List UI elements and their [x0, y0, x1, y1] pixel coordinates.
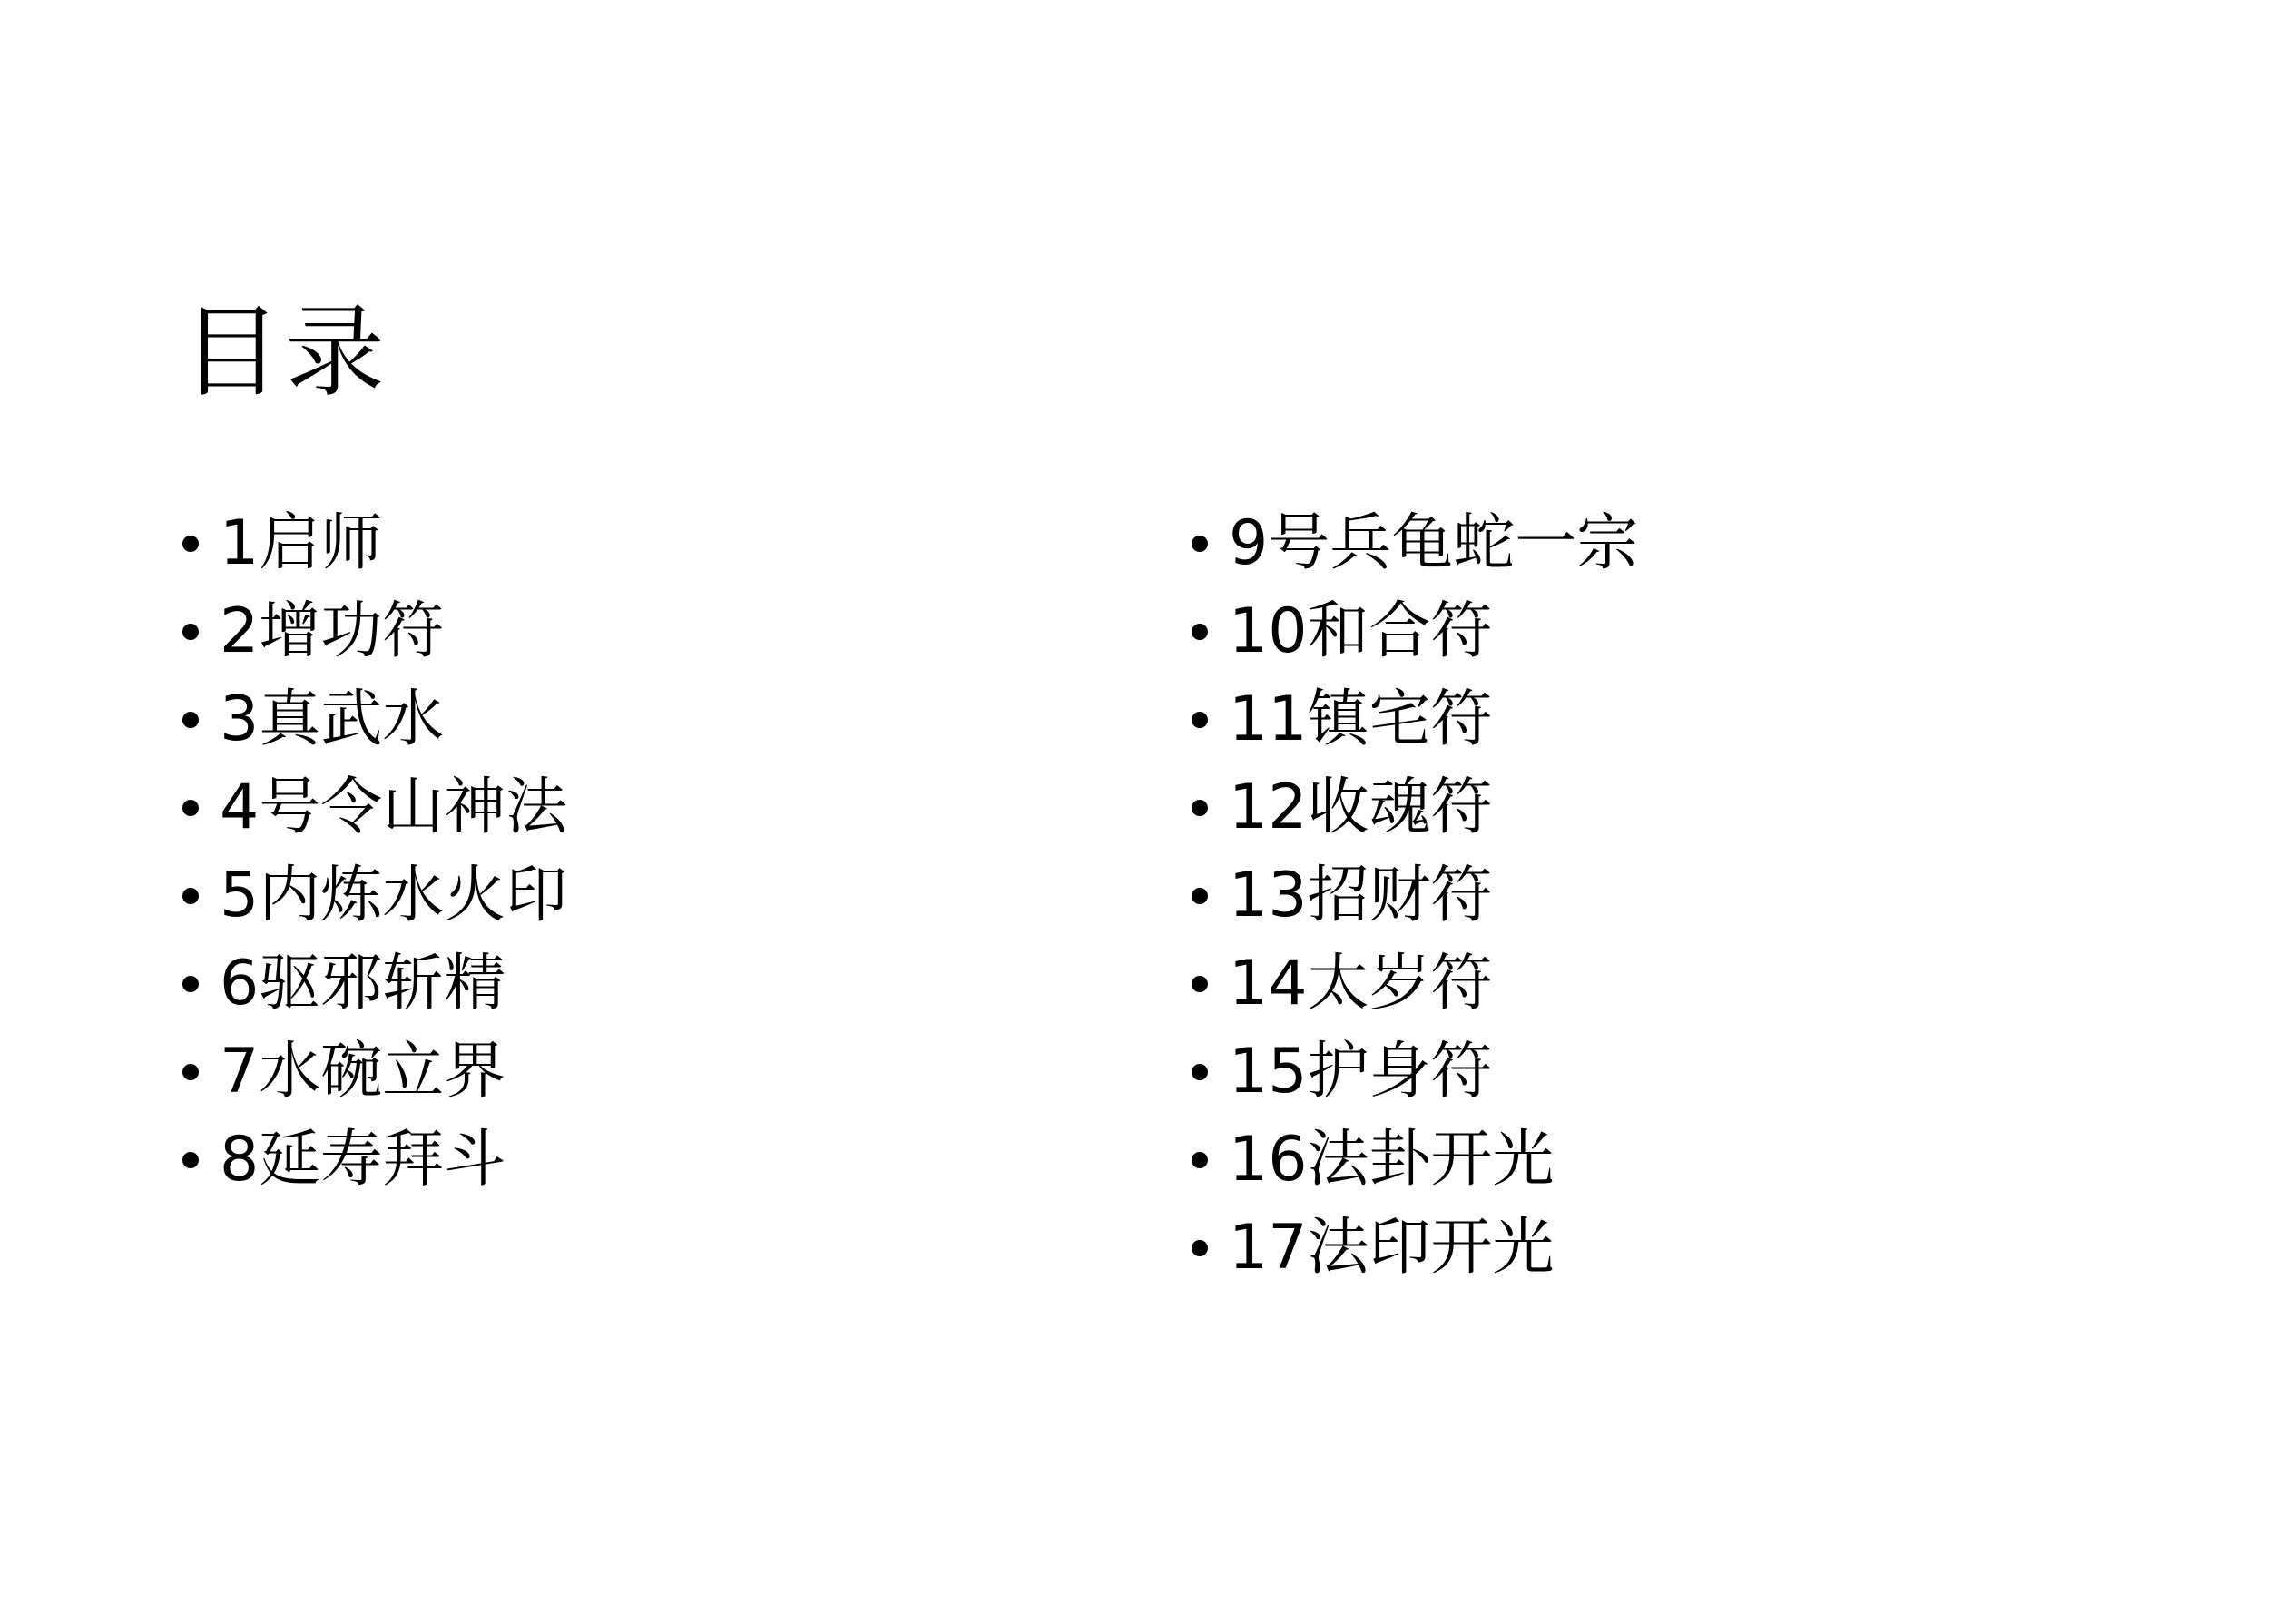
- bullet-icon: [1192, 624, 1208, 640]
- toc-item-label: 8延寿拜斗: [220, 1116, 505, 1204]
- slide: 目录 1启师 2增功符 3真武水 4号令山神法 5内炼水火印 6驱邪斩精 7水碗…: [0, 0, 2296, 1624]
- toc-item: 8延寿拜斗: [169, 1116, 567, 1204]
- bullet-icon: [182, 888, 199, 904]
- toc-item-label: 5内炼水火印: [220, 851, 567, 940]
- bullet-icon: [1192, 1152, 1208, 1168]
- toc-item-label: 1启师: [220, 499, 382, 587]
- toc-list-right: 9号兵龟蛇一宗 10和合符 11镇宅符 12收魂符 13招财符 14太岁符 15…: [1178, 499, 1638, 1292]
- toc-item-label: 14太岁符: [1229, 940, 1493, 1028]
- toc-item-label: 7水碗立界: [220, 1028, 505, 1116]
- toc-item-label: 16法卦开光: [1229, 1116, 1555, 1204]
- bullet-icon: [1192, 712, 1208, 728]
- toc-item-label: 4号令山神法: [220, 763, 567, 851]
- toc-item-label: 9号兵龟蛇一宗: [1229, 499, 1638, 587]
- toc-item: 13招财符: [1178, 851, 1638, 940]
- toc-item: 6驱邪斩精: [169, 940, 567, 1028]
- bullet-icon: [182, 1064, 199, 1080]
- bullet-icon: [182, 1152, 199, 1168]
- toc-item: 4号令山神法: [169, 763, 567, 851]
- toc-item: 3真武水: [169, 675, 567, 763]
- bullet-icon: [182, 712, 199, 728]
- toc-item: 17法印开光: [1178, 1204, 1638, 1292]
- toc-item: 16法卦开光: [1178, 1116, 1638, 1204]
- toc-list-left: 1启师 2增功符 3真武水 4号令山神法 5内炼水火印 6驱邪斩精 7水碗立界 …: [169, 499, 567, 1204]
- toc-item-label: 6驱邪斩精: [220, 940, 505, 1028]
- toc-item-label: 10和合符: [1229, 587, 1493, 675]
- bullet-icon: [1192, 1240, 1208, 1256]
- bullet-icon: [182, 536, 199, 552]
- toc-item: 11镇宅符: [1178, 675, 1638, 763]
- bullet-icon: [1192, 1064, 1208, 1080]
- toc-item: 5内炼水火印: [169, 851, 567, 940]
- toc-item: 7水碗立界: [169, 1028, 567, 1116]
- toc-item-label: 11镇宅符: [1229, 675, 1493, 763]
- toc-item: 1启师: [169, 499, 567, 587]
- toc-item: 10和合符: [1178, 587, 1638, 675]
- bullet-icon: [1192, 888, 1208, 904]
- toc-item-label: 3真武水: [220, 675, 444, 763]
- toc-item-label: 15护身符: [1229, 1028, 1493, 1116]
- toc-item: 12收魂符: [1178, 763, 1638, 851]
- toc-item: 15护身符: [1178, 1028, 1638, 1116]
- toc-item: 2增功符: [169, 587, 567, 675]
- bullet-icon: [182, 624, 199, 640]
- toc-item: 14太岁符: [1178, 940, 1638, 1028]
- bullet-icon: [1192, 976, 1208, 992]
- slide-title: 目录: [182, 289, 388, 416]
- bullet-icon: [1192, 800, 1208, 816]
- toc-item: 9号兵龟蛇一宗: [1178, 499, 1638, 587]
- toc-item-label: 12收魂符: [1229, 763, 1493, 851]
- toc-item-label: 13招财符: [1229, 851, 1493, 940]
- bullet-icon: [182, 800, 199, 816]
- toc-item-label: 2增功符: [220, 587, 444, 675]
- toc-item-label: 17法印开光: [1229, 1204, 1555, 1292]
- bullet-icon: [1192, 536, 1208, 552]
- bullet-icon: [182, 976, 199, 992]
